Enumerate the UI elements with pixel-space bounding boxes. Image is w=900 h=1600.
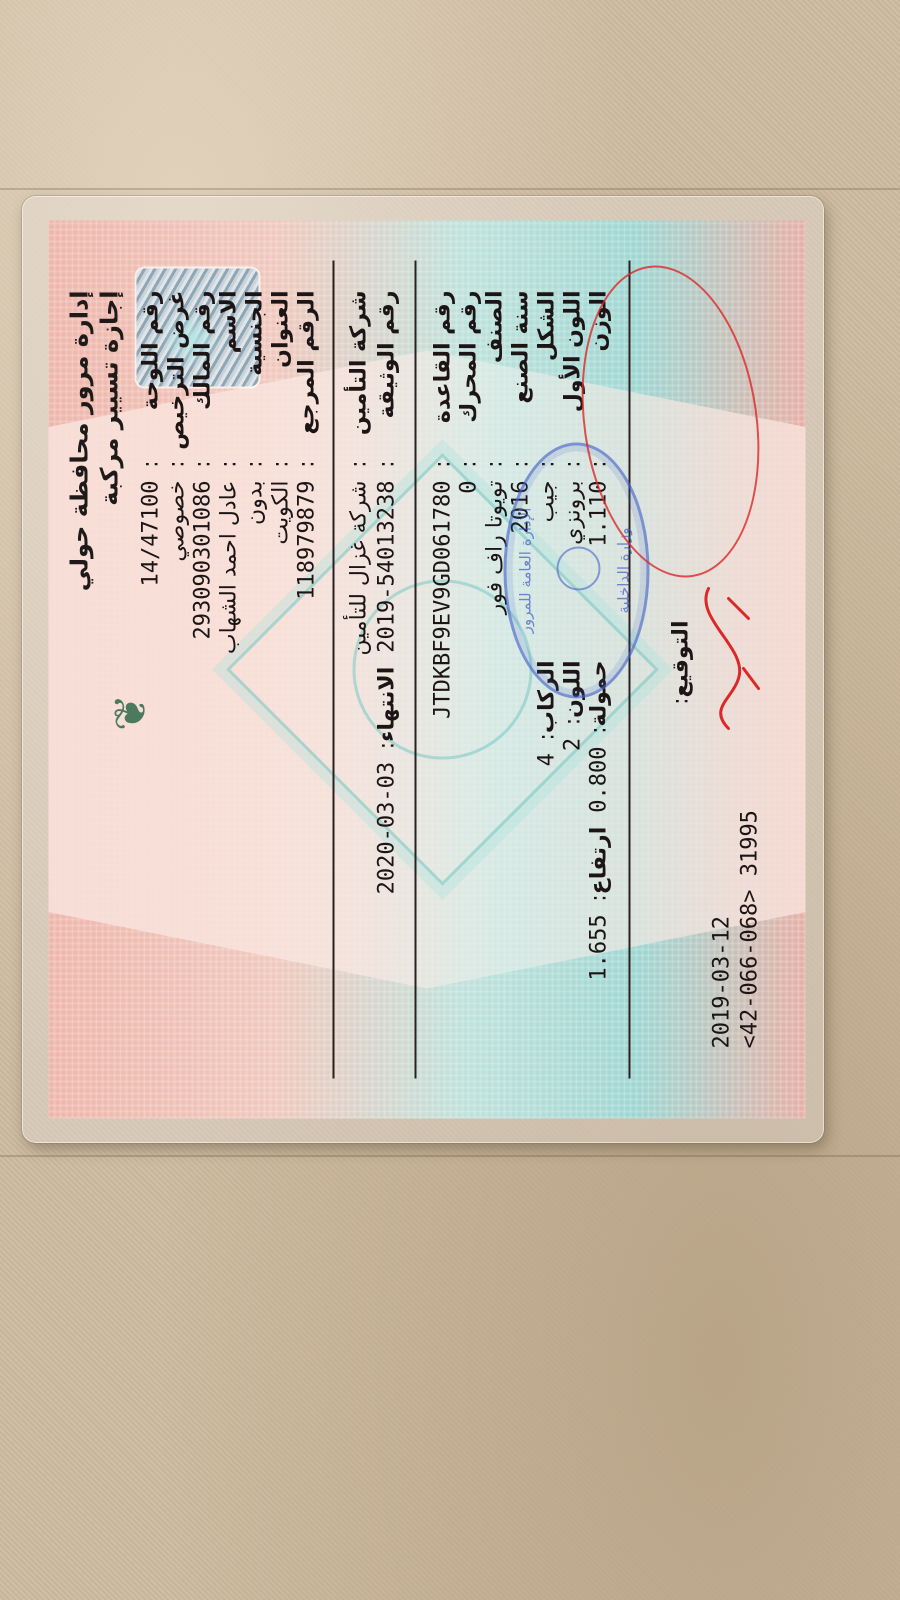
expiry-date: 2020-03-03 xyxy=(374,761,400,893)
field-license-purpose: غرض الترخيص: خصوصي xyxy=(164,290,190,561)
serial-number: 31995 xyxy=(737,810,762,876)
field-owner-name: الاسم: عادل احمد الشهاب xyxy=(216,290,242,654)
field-owner-id: رقم المالك: 293090301086 xyxy=(190,290,216,639)
field-engine: رقم المحرك: 0 xyxy=(456,290,482,493)
field-chassis: رقم القاعدة: JTDKBF9EV9GD061780 xyxy=(430,290,456,718)
signature-scribble xyxy=(688,578,768,738)
vehicle-registration-card: ❦ إدارة مرور محافظة حولي إجازة تسيير مرك… xyxy=(48,220,805,1118)
fabric-fold xyxy=(0,188,900,190)
field-insurer: شركة التأمين: شركة غزال للتأمين xyxy=(346,290,372,655)
seal-icon xyxy=(556,546,600,590)
field-plate: رقم اللوحة: 14/47100 xyxy=(138,290,164,586)
field-policy: رقم الوثيقة: 2019-54013238 الانتهاء: 202… xyxy=(374,290,400,894)
card-footer: 2019-03-12 <42-066-068> 31995 xyxy=(708,810,764,1048)
divider xyxy=(332,260,334,1078)
fabric-fold xyxy=(0,1155,900,1157)
footer-code: <42-066-068> xyxy=(737,889,762,1048)
falcon-emblem-icon: ❦ xyxy=(106,690,156,734)
field-reference: الرقم المرجع: 118979879 xyxy=(294,290,320,599)
card-header: إدارة مرور محافظة حولي إجازة تسيير مركبة xyxy=(64,290,124,591)
issue-date: 2019-03-12 xyxy=(708,810,736,1048)
field-nationality: الجنسية: بدون xyxy=(242,290,268,524)
card-rotation-frame: ❦ إدارة مرور محافظة حولي إجازة تسيير مرك… xyxy=(48,220,805,1118)
plate-number: 14/47100 xyxy=(138,480,164,586)
document-title: إجازة تسيير مركبة xyxy=(94,290,124,591)
divider xyxy=(414,260,416,1078)
field-address: العنوان: الكويت xyxy=(268,290,294,544)
issuer-title: إدارة مرور محافظة حولي xyxy=(64,290,94,591)
